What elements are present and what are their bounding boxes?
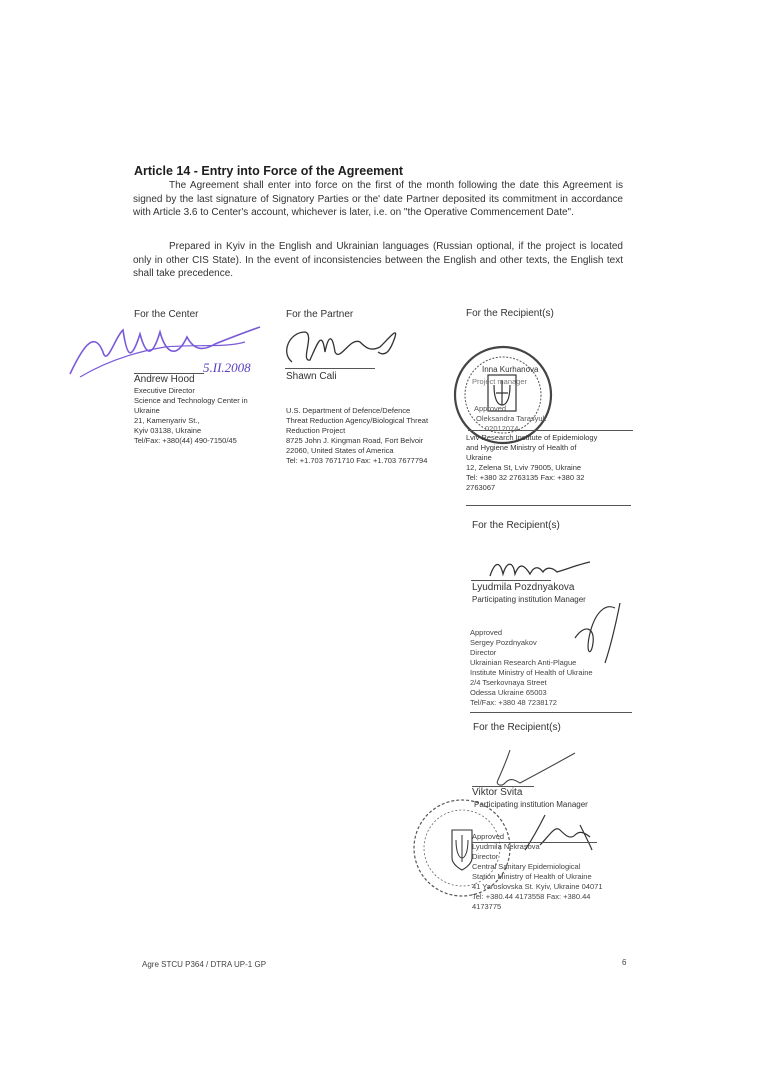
recipient3-line: Lyudmila Nekrasova	[472, 842, 642, 852]
article-paragraph-1: The Agreement shall enter into force on …	[133, 179, 623, 220]
paragraph-2-text: Prepared in Kyiv in the English and Ukra…	[133, 241, 623, 279]
center-line: 21, Kamenyariv St.,	[134, 416, 284, 426]
recipient3-label: For the Recipient(s)	[473, 722, 561, 733]
center-line: Science and Technology Center in	[134, 396, 284, 406]
recipient2-line: Odessa Ukraine 65003	[470, 688, 640, 698]
partner-label: For the Partner	[286, 309, 353, 320]
center-label: For the Center	[134, 309, 198, 320]
recipient1-line: and Hygiene Ministry of Health of	[466, 443, 636, 453]
recipient3-details: Approved Lyudmila Nekrasova Director Cen…	[472, 832, 642, 912]
partner-line: Reduction Project	[286, 426, 456, 436]
recipient3-line: Tel: +380.44 4173558 Fax: +380.44	[472, 892, 642, 902]
footer-reference: Agre STCU P364 / DTRA UP-1 GP	[142, 960, 266, 969]
partner-details: U.S. Department of Defence/Defence Threa…	[286, 406, 456, 466]
article-paragraph-2: Prepared in Kyiv in the English and Ukra…	[133, 240, 623, 281]
partner-signature-line	[285, 368, 375, 369]
recipient2-details: Approved Sergey Pozdnyakov Director Ukra…	[470, 628, 640, 708]
recipient2-line: Director	[470, 648, 640, 658]
recipient1-line: Ukraine	[466, 453, 636, 463]
center-details: Executive Director Science and Technolog…	[134, 386, 284, 446]
center-line: Executive Director	[134, 386, 284, 396]
recipient2-signatory-name: Lyudmila Pozdnyakova	[472, 582, 574, 593]
article-heading: Article 14 - Entry into Force of the Agr…	[134, 164, 403, 178]
recipient2-line: Approved	[470, 628, 640, 638]
recipient2-signature-line	[471, 580, 551, 581]
page-number: 6	[622, 958, 626, 967]
recipient1-line: Lviv Research Institute of Epidemiology	[466, 433, 636, 443]
recipient2-bottom-rule	[470, 712, 632, 713]
recipient1-approver: Oleksandra Tarasyuk	[476, 414, 546, 424]
recipient3-signature	[480, 745, 580, 790]
recipient1-line: 2763067	[466, 483, 636, 493]
center-handwritten-date: 5.II.2008	[203, 360, 251, 376]
partner-line: 22060, United States of America	[286, 446, 456, 456]
recipient1-line: Tel: +380 32 2763135 Fax: +380 32	[466, 473, 636, 483]
center-signatory-name: Andrew Hood	[134, 374, 195, 385]
recipient3-line: Director	[472, 852, 642, 862]
partner-line: 8725 John J. Kingman Road, Fort Belvoir	[286, 436, 456, 446]
recipient1-bottom-rule	[466, 505, 631, 506]
recipient3-line: 4173775	[472, 902, 642, 912]
recipient2-label: For the Recipient(s)	[472, 520, 560, 531]
recipient1-role: Project manager	[472, 377, 527, 387]
recipient1-details: Lviv Research Institute of Epidemiology …	[466, 433, 636, 493]
recipient1-signature-line	[468, 430, 633, 431]
recipient3-line: Approved	[472, 832, 642, 842]
center-line: Tel/Fax: +380(44) 490-7150/45	[134, 436, 284, 446]
recipient1-approved: Approved	[474, 404, 506, 414]
partner-signatory-name: Shawn Cali	[286, 371, 337, 382]
recipient2-line: Institute Ministry of Health of Ukraine	[470, 668, 640, 678]
partner-line: Threat Reduction Agency/Biological Threa…	[286, 416, 456, 426]
recipient1-label: For the Recipient(s)	[466, 308, 554, 319]
partner-line: Tel: +1.703 7671710 Fax: +1.703 7677794	[286, 456, 456, 466]
partner-line: U.S. Department of Defence/Defence	[286, 406, 456, 416]
recipient2-line: Sergey Pozdnyakov	[470, 638, 640, 648]
recipient1-signatory-name: Inna Kurhanova	[482, 365, 539, 376]
partner-signature	[280, 322, 410, 372]
recipient3-line: Central Sanitary Epidemiological	[472, 862, 642, 872]
recipient2-line: Tel/Fax: +380 48 7238172	[470, 698, 640, 708]
recipient1-line: 12, Zelena St, Lviv 79005, Ukraine	[466, 463, 636, 473]
recipient3-line: 41 Yaroslovska St. Kyiv, Ukraine 04071	[472, 882, 642, 892]
paragraph-1-text: The Agreement shall enter into force on …	[133, 180, 623, 218]
center-line: Kyiv 03138, Ukraine	[134, 426, 284, 436]
center-line: Ukraine	[134, 406, 284, 416]
recipient2-line: 2/4 Tserkovnaya Street	[470, 678, 640, 688]
recipient2-line: Ukrainian Research Anti-Plague	[470, 658, 640, 668]
recipient3-line: Station Ministry of Health of Ukraine	[472, 872, 642, 882]
